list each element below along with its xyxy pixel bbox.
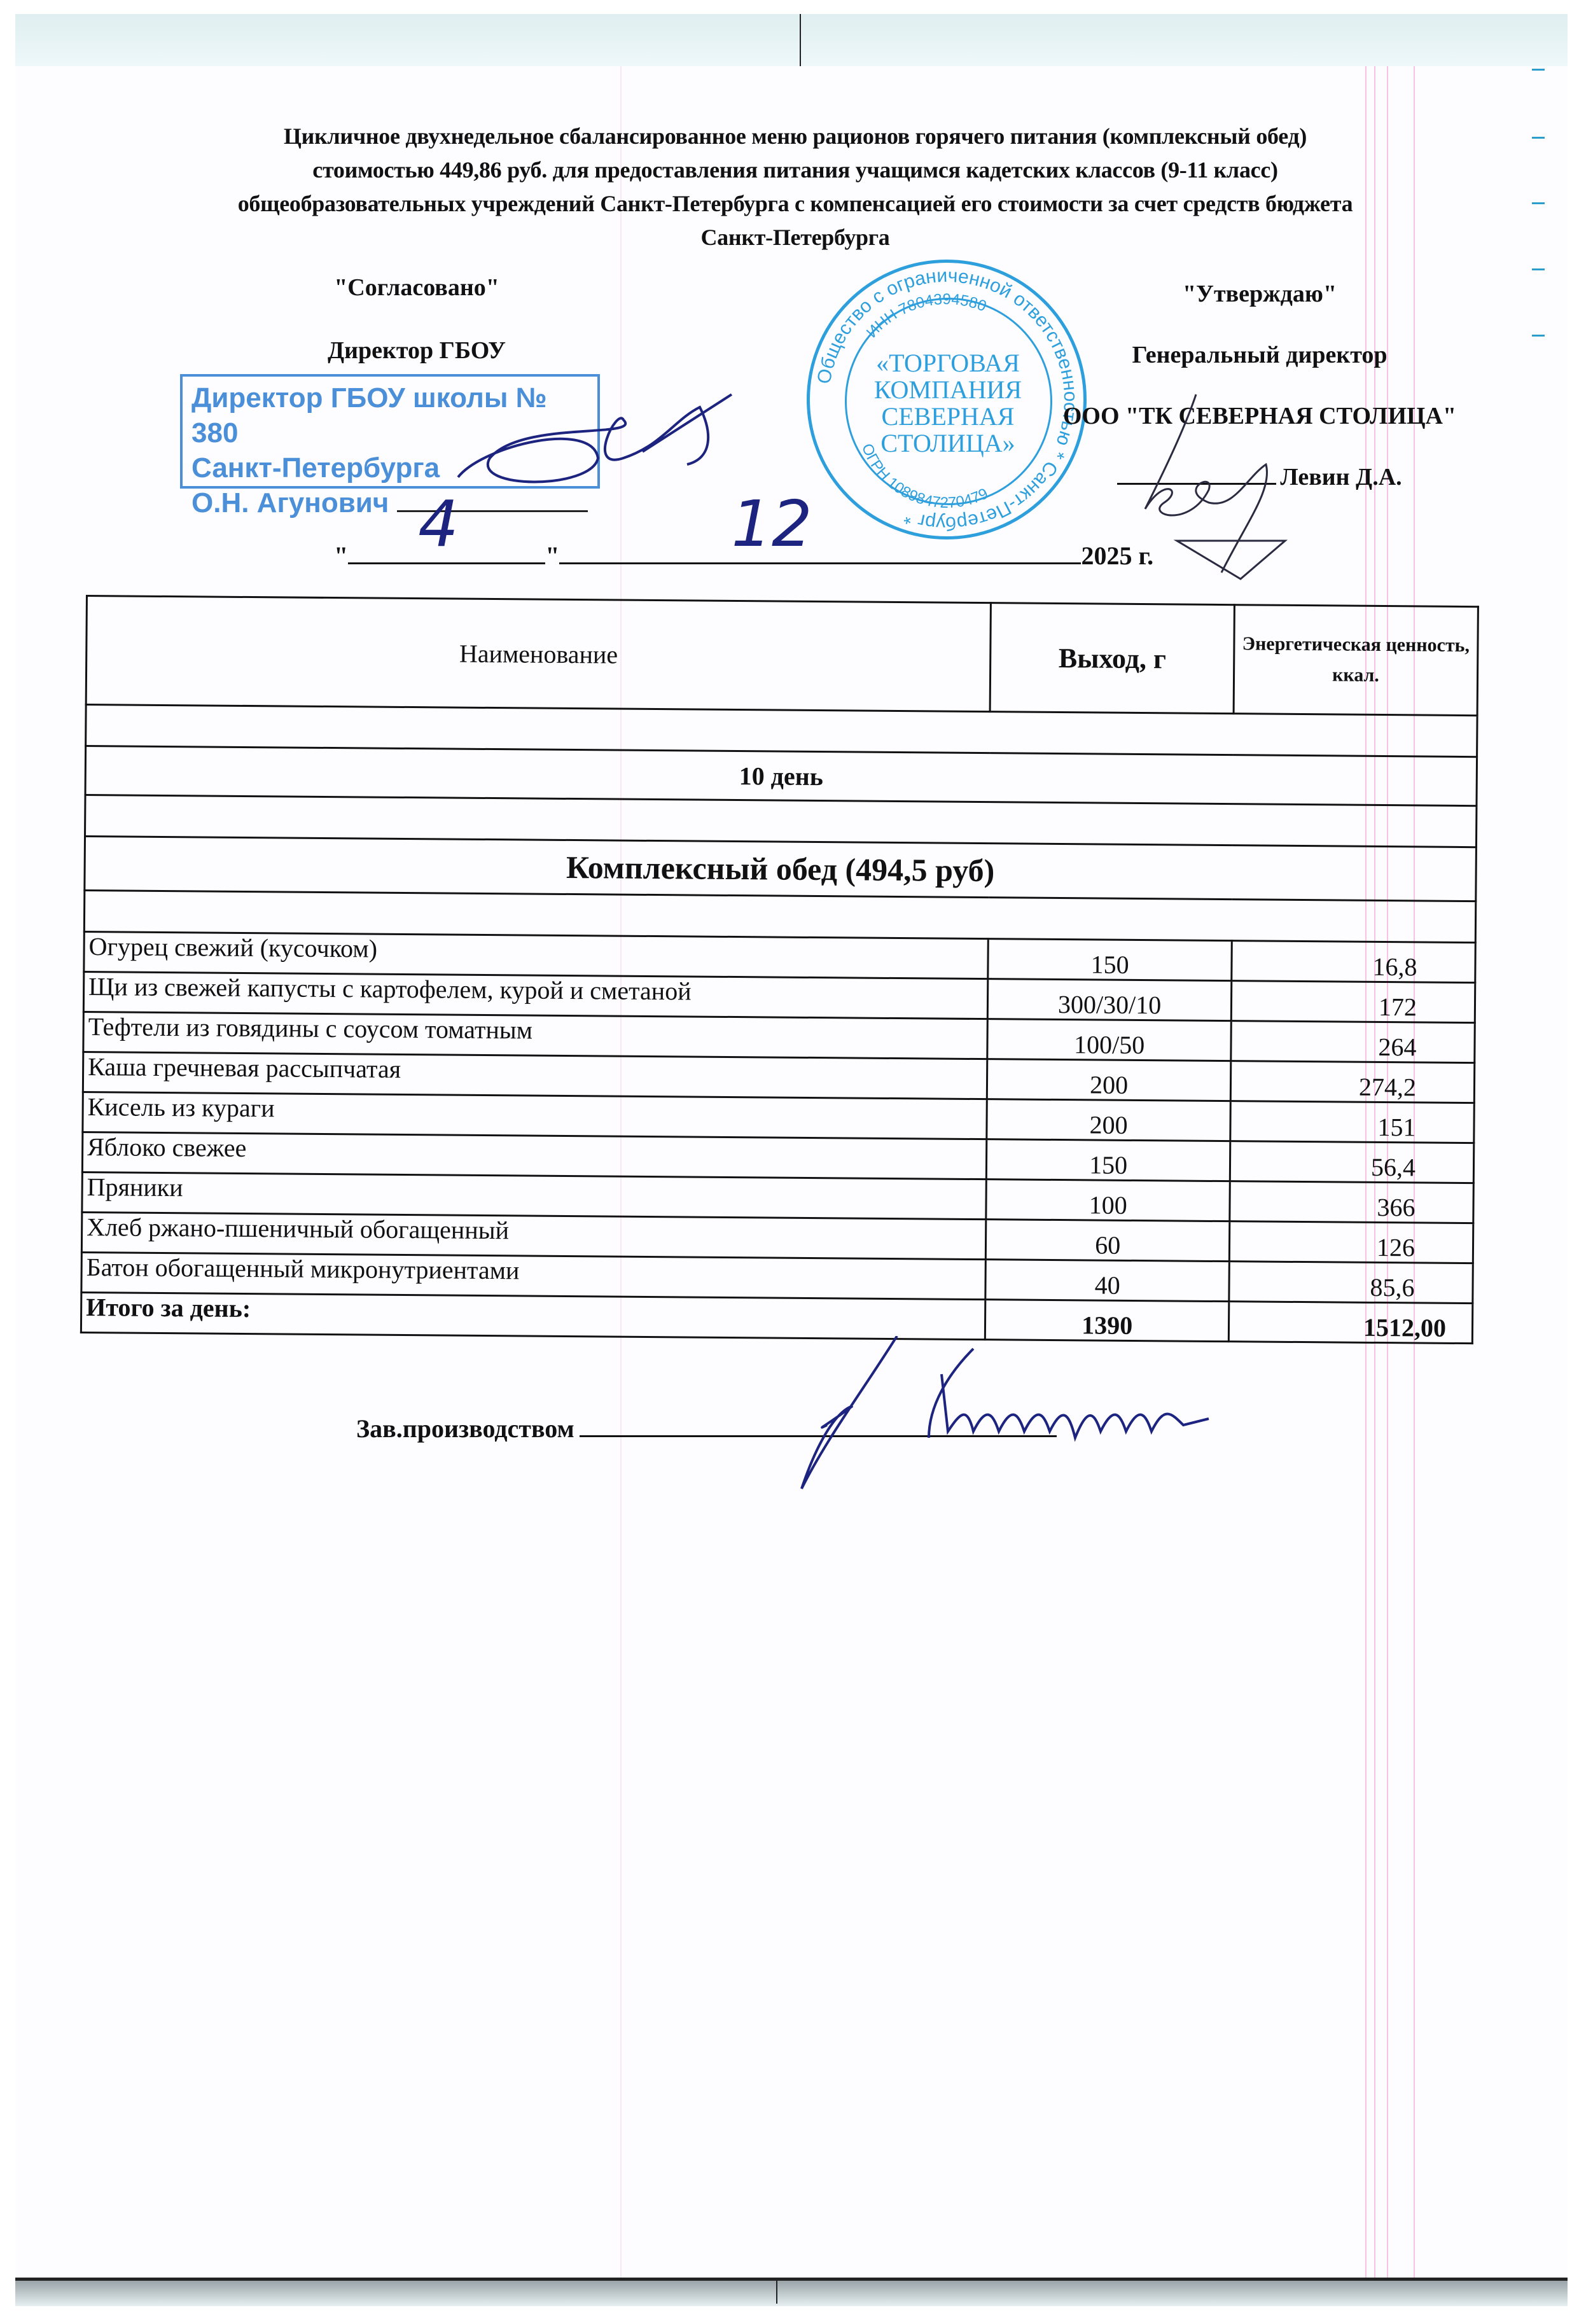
approval-agreed-block: "Согласовано" Директор ГБОУ — [289, 274, 544, 365]
scan-fold-mark — [800, 14, 801, 66]
edge-mark — [1532, 202, 1545, 204]
item-name: Щи из свежей капусты с картофелем, курой… — [83, 971, 988, 1019]
item-output: 300/30/10 — [988, 979, 1232, 1021]
stamp-center-line: СЕВЕРНАЯ — [859, 403, 1037, 430]
menu-table: Наименование Выход, г Энергетическая цен… — [80, 595, 1479, 1344]
item-kcal: 366 — [1230, 1181, 1474, 1223]
approval-date: "4"122025 г. — [334, 541, 1153, 571]
item-name: Пряники — [82, 1172, 987, 1219]
item-name: Кисель из кураги — [83, 1092, 987, 1139]
item-output: 150 — [987, 1139, 1230, 1181]
scan-top-border — [15, 14, 1568, 66]
item-kcal: 85,6 — [1229, 1262, 1473, 1304]
stamp-center-line: «ТОРГОВАЯ — [859, 350, 1037, 377]
scan-bottom-border — [15, 2278, 1568, 2306]
header-output: Выход, г — [991, 603, 1235, 714]
edge-mark — [1532, 69, 1545, 71]
edge-mark — [1532, 137, 1545, 139]
approved-position: Генеральный директор — [1031, 341, 1489, 369]
document-title: Цикличное двухнедельное сбалансированное… — [95, 120, 1495, 254]
stamp-center-line: СТОЛИЦА» — [859, 430, 1037, 457]
item-name: Яблоко свежее — [82, 1132, 987, 1179]
total-label: Итого за день: — [81, 1292, 985, 1339]
item-kcal: 126 — [1229, 1221, 1473, 1263]
item-output: 40 — [985, 1260, 1229, 1302]
item-output: 200 — [987, 1059, 1231, 1101]
title-line: стоимостью 449,86 руб. для предоставлени… — [95, 153, 1495, 187]
item-kcal: 151 — [1230, 1101, 1475, 1143]
stamp-center-line: КОМПАНИЯ — [859, 377, 1037, 403]
stamp-director-name: О.Н. Агунович — [191, 487, 389, 518]
total-output: 1390 — [985, 1300, 1229, 1342]
item-name: Огурец свежий (кусочком) — [84, 931, 989, 978]
item-output: 60 — [986, 1220, 1230, 1262]
item-kcal: 264 — [1231, 1021, 1475, 1063]
production-manager-signature-icon — [751, 1336, 1260, 1501]
item-output: 100/50 — [987, 1019, 1231, 1061]
item-kcal: 16,8 — [1232, 941, 1476, 983]
item-name: Каша гречневая рассыпчатая — [83, 1052, 987, 1099]
scan-fold-mark — [776, 2281, 777, 2304]
date-day-field: 4 — [348, 543, 545, 564]
date-quote: " — [545, 541, 559, 570]
item-name: Тефтели из говядины с соусом томатным — [83, 1012, 988, 1059]
agreed-label: "Согласовано" — [289, 274, 544, 302]
item-name: Батон обогащенный микронутриентами — [81, 1252, 986, 1299]
date-month-field: 12 — [559, 543, 1081, 564]
edge-mark — [1532, 335, 1545, 337]
item-kcal: 172 — [1231, 981, 1475, 1023]
date-year: 2025 г. — [1081, 541, 1153, 570]
item-output: 100 — [986, 1179, 1230, 1221]
stamp-company-name: «ТОРГОВАЯ КОМПАНИЯ СЕВЕРНАЯ СТОЛИЦА» — [859, 350, 1037, 457]
edge-mark — [1532, 268, 1545, 270]
item-output: 150 — [988, 939, 1232, 981]
title-line: общеобразовательных учреждений Санкт-Пет… — [95, 187, 1495, 221]
total-kcal: 1512,00 — [1228, 1302, 1473, 1344]
date-quote: " — [334, 541, 348, 570]
approved-label: "Утверждаю" — [1031, 280, 1489, 308]
item-output: 200 — [987, 1099, 1230, 1141]
agreed-position: Директор ГБОУ — [289, 337, 544, 365]
director-signature-icon — [433, 382, 738, 496]
header-name: Наименование — [86, 596, 991, 712]
table-header-row: Наименование Выход, г Энергетическая цен… — [86, 596, 1478, 716]
title-line: Санкт-Петербурга — [95, 221, 1495, 254]
title-line: Цикличное двухнедельное сбалансированное… — [95, 120, 1495, 153]
item-kcal: 56,4 — [1230, 1141, 1474, 1183]
header-energy: Энергетическая ценность, ккал. — [1234, 605, 1478, 716]
date-month-handwritten: 12 — [731, 487, 812, 561]
item-name: Хлеб ржано-пшеничный обогащенный — [81, 1212, 986, 1259]
item-kcal: 274,2 — [1230, 1061, 1475, 1103]
date-day-handwritten: 4 — [418, 487, 459, 561]
production-manager-label: Зав.производством — [356, 1414, 574, 1443]
